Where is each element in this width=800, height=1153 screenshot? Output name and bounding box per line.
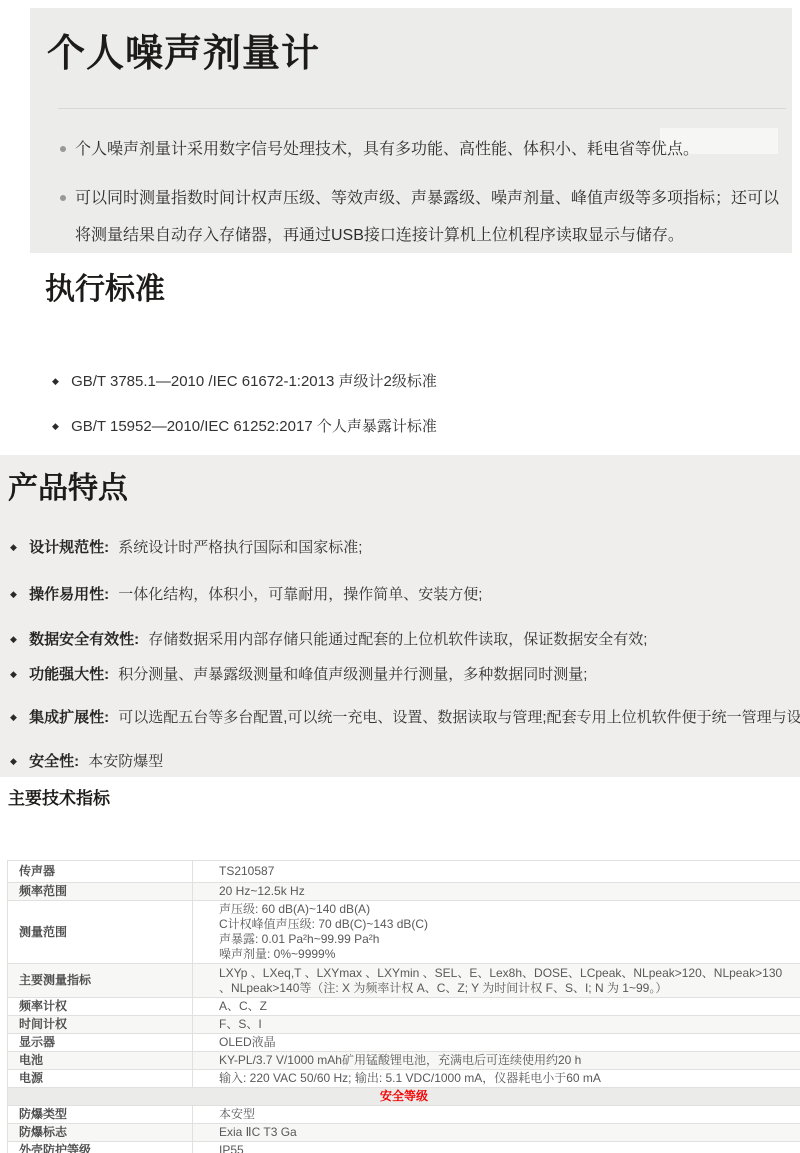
table-row: 频率计权 A、C、Z [8, 998, 800, 1016]
standards-heading: 执行标准 [45, 264, 165, 308]
diamond-bullet-icon: ◆ [10, 756, 17, 766]
diamond-bullet-icon: ◆ [10, 712, 17, 722]
bullet-dot-icon [60, 195, 66, 201]
feature-item: ◆ 数据安全有效性: 存储数据采用内部存储只能通过配套的上位机软件读取，保证数据… [10, 628, 647, 649]
spec-value-line: 声暴露: 0.01 Pa²h~99.99 Pa²h [219, 932, 790, 947]
table-row: 电源 输入: 220 VAC 50/60 Hz; 输出: 5.1 VDC/100… [8, 1070, 800, 1088]
spec-value: Exia ⅡC T3 Ga [193, 1124, 800, 1142]
spec-label: 频率计权 [8, 998, 193, 1016]
feature-label: 操作易用性: [29, 586, 109, 603]
spec-label: 显示器 [8, 1034, 193, 1052]
table-row: 传声器 TS210587 [8, 861, 800, 883]
standard-text: GB/T 15952—2010/IEC 61252:2017 个人声暴露计标准 [71, 418, 437, 435]
hero-bullet-text: 可以同时测量指数时间计权声压级、等效声级、声暴露级、噪声剂量、峰值声级等多项指标… [75, 190, 779, 244]
spec-label: 测量范围 [8, 901, 193, 964]
spec-label: 主要测量指标 [8, 964, 193, 998]
spec-value: IP55 [193, 1142, 800, 1153]
feature-text: 积分测量、声暴露级测量和峰值声级测量并行测量，多种数据同时测量; [118, 666, 587, 683]
features-heading: 产品特点 [8, 463, 128, 507]
feature-label: 功能强大性: [29, 666, 109, 683]
hero-divider [58, 108, 786, 109]
spec-value: OLED液晶 [193, 1034, 800, 1052]
diamond-bullet-icon: ◆ [52, 421, 59, 431]
spec-label: 外壳防护等级 [8, 1142, 193, 1153]
diamond-bullet-icon: ◆ [10, 634, 17, 644]
standard-item: ◆ GB/T 3785.1—2010 /IEC 61672-1:2013 声级计… [52, 370, 437, 391]
spec-label: 电源 [8, 1070, 193, 1088]
feature-label: 安全性: [29, 753, 79, 770]
table-row: 防爆类型 本安型 [8, 1106, 800, 1124]
spec-label: 防爆标志 [8, 1124, 193, 1142]
bullet-dot-icon [60, 146, 66, 152]
spec-value: KY-PL/3.7 V/1000 mAh矿用锰酸锂电池，充满电后可连续使用约20… [193, 1052, 800, 1070]
spec-value: A、C、Z [193, 998, 800, 1016]
spec-label: 传声器 [8, 861, 193, 883]
feature-item: ◆ 设计规范性: 系统设计时严格执行国际和国家标准; [10, 536, 362, 557]
table-row: 测量范围 声压级: 60 dB(A)~140 dB(A) C计权峰值声压级: 7… [8, 901, 800, 964]
feature-item: ◆ 安全性: 本安防爆型 [10, 750, 163, 771]
diamond-bullet-icon: ◆ [10, 589, 17, 599]
diamond-bullet-icon: ◆ [10, 542, 17, 552]
feature-label: 集成扩展性: [29, 709, 109, 726]
spec-value: 本安型 [193, 1106, 800, 1124]
spec-value-line: 噪声剂量: 0%~9999% [219, 947, 790, 962]
spec-label: 频率范围 [8, 883, 193, 901]
feature-text: 一体化结构，体积小，可靠耐用，操作简单、安装方便; [118, 586, 482, 603]
standard-text: GB/T 3785.1—2010 /IEC 61672-1:2013 声级计2级… [71, 373, 437, 390]
spec-value: LXYp 、LXeq,T 、LXYmax 、LXYmin 、SEL、E、Lex8… [193, 964, 800, 998]
spec-label: 防爆类型 [8, 1106, 193, 1124]
table-row: 防爆标志 Exia ⅡC T3 Ga [8, 1124, 800, 1142]
feature-text: 存储数据采用内部存储只能通过配套的上位机软件读取，保证数据安全有效; [148, 631, 647, 648]
spec-value-line: 声压级: 60 dB(A)~140 dB(A) [219, 902, 790, 917]
spec-value: 20 Hz~12.5k Hz [193, 883, 800, 901]
specs-heading: 主要技术指标 [8, 784, 110, 809]
table-row: 时间计权 F、S、I [8, 1016, 800, 1034]
feature-label: 设计规范性: [29, 539, 109, 556]
spec-value: 声压级: 60 dB(A)~140 dB(A) C计权峰值声压级: 70 dB(… [193, 901, 800, 964]
spec-value: TS210587 [193, 861, 800, 883]
spec-value: 输入: 220 VAC 50/60 Hz; 输出: 5.1 VDC/1000 m… [193, 1070, 800, 1088]
hero-bullet-1: 个人噪声剂量计采用数字信号处理技术，具有多功能、高性能、体积小、耗电省等优点。 [60, 131, 780, 168]
table-row: 主要测量指标 LXYp 、LXeq,T 、LXYmax 、LXYmin 、SEL… [8, 964, 800, 998]
feature-text: 可以选配五台等多台配置,可以统一充电、设置、数据读取与管理;配套专用上位机软件便… [118, 709, 800, 726]
table-row: 外壳防护等级 IP55 [8, 1142, 800, 1153]
spec-table: 传声器 TS210587 频率范围 20 Hz~12.5k Hz 测量范围 声压… [7, 860, 800, 1153]
diamond-bullet-icon: ◆ [10, 669, 17, 679]
hero-bullet-text: 个人噪声剂量计采用数字信号处理技术，具有多功能、高性能、体积小、耗电省等优点。 [75, 141, 699, 158]
feature-label: 数据安全有效性: [29, 631, 139, 648]
diamond-bullet-icon: ◆ [52, 376, 59, 386]
feature-text: 系统设计时严格执行国际和国家标准; [118, 539, 362, 556]
table-row: 显示器 OLED液晶 [8, 1034, 800, 1052]
hero-bullet-2: 可以同时测量指数时间计权声压级、等效声级、声暴露级、噪声剂量、峰值声级等多项指标… [60, 180, 780, 254]
safety-section-label: 安全等级 [8, 1088, 800, 1106]
feature-item: ◆ 功能强大性: 积分测量、声暴露级测量和峰值声级测量并行测量，多种数据同时测量… [10, 663, 587, 684]
spec-value-line: C计权峰值声压级: 70 dB(C)~143 dB(C) [219, 917, 790, 932]
features-section: 产品特点 ◆ 设计规范性: 系统设计时严格执行国际和国家标准; ◆ 操作易用性:… [0, 455, 800, 777]
page-title: 个人噪声剂量计 [47, 22, 320, 77]
spec-label: 时间计权 [8, 1016, 193, 1034]
spec-value: F、S、I [193, 1016, 800, 1034]
table-row: 电池 KY-PL/3.7 V/1000 mAh矿用锰酸锂电池，充满电后可连续使用… [8, 1052, 800, 1070]
feature-item: ◆ 操作易用性: 一体化结构，体积小，可靠耐用，操作简单、安装方便; [10, 583, 482, 604]
safety-section-row: 安全等级 [8, 1088, 800, 1106]
product-page: 个人噪声剂量计 个人噪声剂量计采用数字信号处理技术，具有多功能、高性能、体积小、… [0, 0, 800, 1153]
hero-section: 个人噪声剂量计 个人噪声剂量计采用数字信号处理技术，具有多功能、高性能、体积小、… [30, 8, 792, 253]
spec-label: 电池 [8, 1052, 193, 1070]
feature-text: 本安防爆型 [88, 753, 163, 770]
standard-item: ◆ GB/T 15952—2010/IEC 61252:2017 个人声暴露计标… [52, 415, 437, 436]
feature-item: ◆ 集成扩展性: 可以选配五台等多台配置,可以统一充电、设置、数据读取与管理;配… [10, 706, 800, 727]
table-row: 频率范围 20 Hz~12.5k Hz [8, 883, 800, 901]
